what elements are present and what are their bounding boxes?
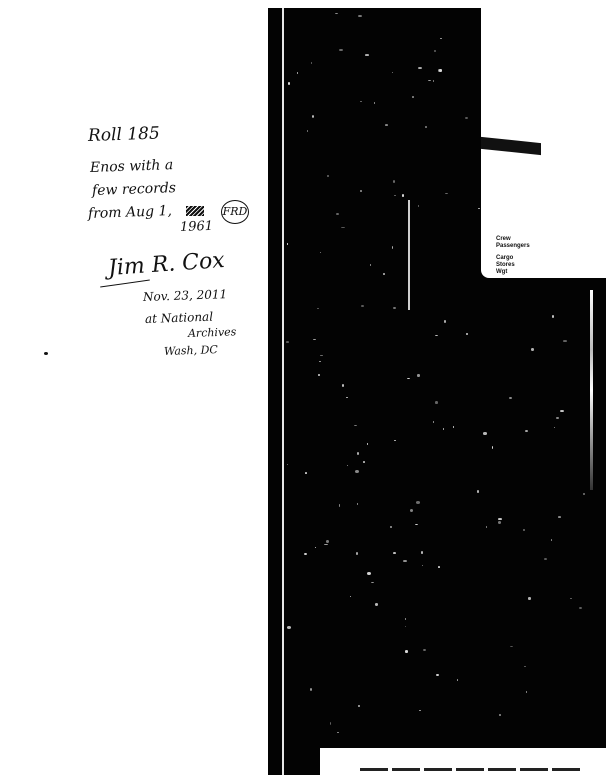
bottom-margin xyxy=(268,775,606,783)
film-edge-damage xyxy=(590,290,593,490)
stray-mark xyxy=(44,352,48,355)
note-year: 1961 xyxy=(180,219,214,235)
form-blank-area xyxy=(481,8,606,148)
form-label-wgt: Wgt xyxy=(496,269,507,275)
note-location-2: Archives xyxy=(188,325,237,340)
form-label-passengers: Passengers xyxy=(496,243,530,249)
illegible-footer-text xyxy=(360,768,580,771)
circled-annotation: FRD xyxy=(221,200,249,224)
form-label-cargo: Cargo xyxy=(496,255,513,261)
note-line-3: few records xyxy=(92,180,177,199)
note-date: Nov. 23, 2011 xyxy=(143,287,228,304)
handwritten-page xyxy=(0,0,268,783)
film-scratch-line xyxy=(408,200,410,310)
scribbled-out-text xyxy=(186,206,204,216)
form-label-crew: Crew xyxy=(496,236,511,242)
note-line-2: Enos with a xyxy=(90,157,174,176)
film-edge-line xyxy=(282,8,284,775)
note-roll-number: Roll 185 xyxy=(88,124,160,146)
note-line-4: from Aug 1, xyxy=(88,203,172,222)
note-location-3: Wash, DC xyxy=(164,343,218,358)
note-location-1: at National xyxy=(145,310,214,326)
form-label-stores: Stores xyxy=(496,262,515,268)
